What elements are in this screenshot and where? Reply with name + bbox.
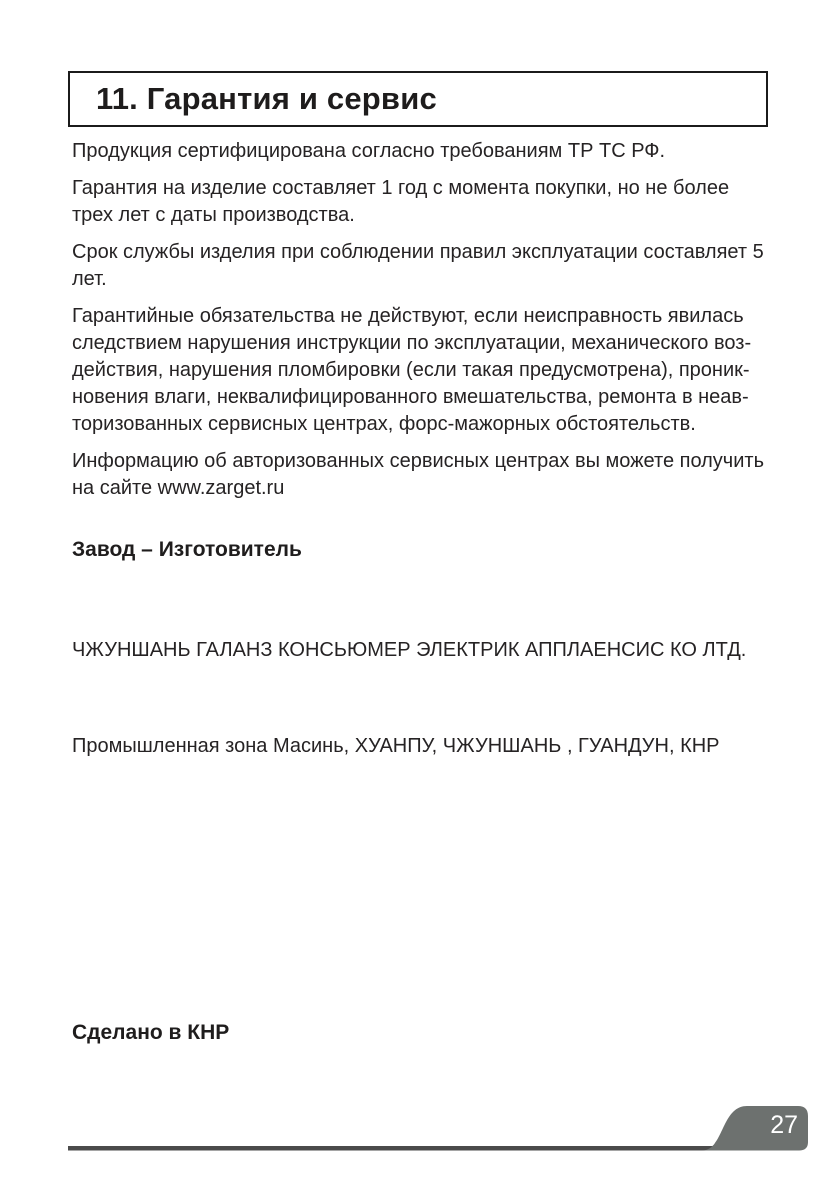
footer-rule-line	[68, 1146, 718, 1151]
manufacturer-details: ЧЖУНШАНЬ ГАЛАНЗ КОНСЬЮМЕР ЭЛЕКТРИК АППЛА…	[72, 570, 772, 826]
footer-rule-and-page-tab	[0, 1100, 838, 1170]
section-title-box: 11. Гарантия и сервис	[68, 71, 768, 127]
paragraph-warranty-term: Гарантия на изделие составляет 1 год с м…	[72, 175, 772, 229]
section-title: 11. Гарантия и сервис	[96, 81, 437, 117]
paragraph-warranty-void-conditions: Гарантийные обязательства не действуют, …	[72, 303, 772, 438]
manufacturer-address: Промышленная зона Масинь, ХУАНПУ, ЧЖУНША…	[72, 730, 772, 762]
page-number: 27	[738, 1110, 798, 1140]
page-content: Продукция сертифицирована согласно требо…	[72, 127, 772, 1047]
paragraph-certification: Продукция сертифицирована согласно требо…	[72, 138, 772, 165]
manual-page: 11. Гарантия и сервис Продукция сертифиц…	[0, 0, 838, 1190]
made-in-label: Сделано в КНР	[72, 1019, 772, 1047]
paragraph-service-centers-info: Информацию об авторизованных сервисных ц…	[72, 448, 772, 502]
manufacturer-name: ЧЖУНШАНЬ ГАЛАНЗ КОНСЬЮМЕР ЭЛЕКТРИК АППЛА…	[72, 634, 772, 666]
manufacturer-heading: Завод – Изготовитель	[72, 536, 772, 564]
paragraph-service-life: Срок службы изделия при соблюдении прави…	[72, 239, 772, 293]
